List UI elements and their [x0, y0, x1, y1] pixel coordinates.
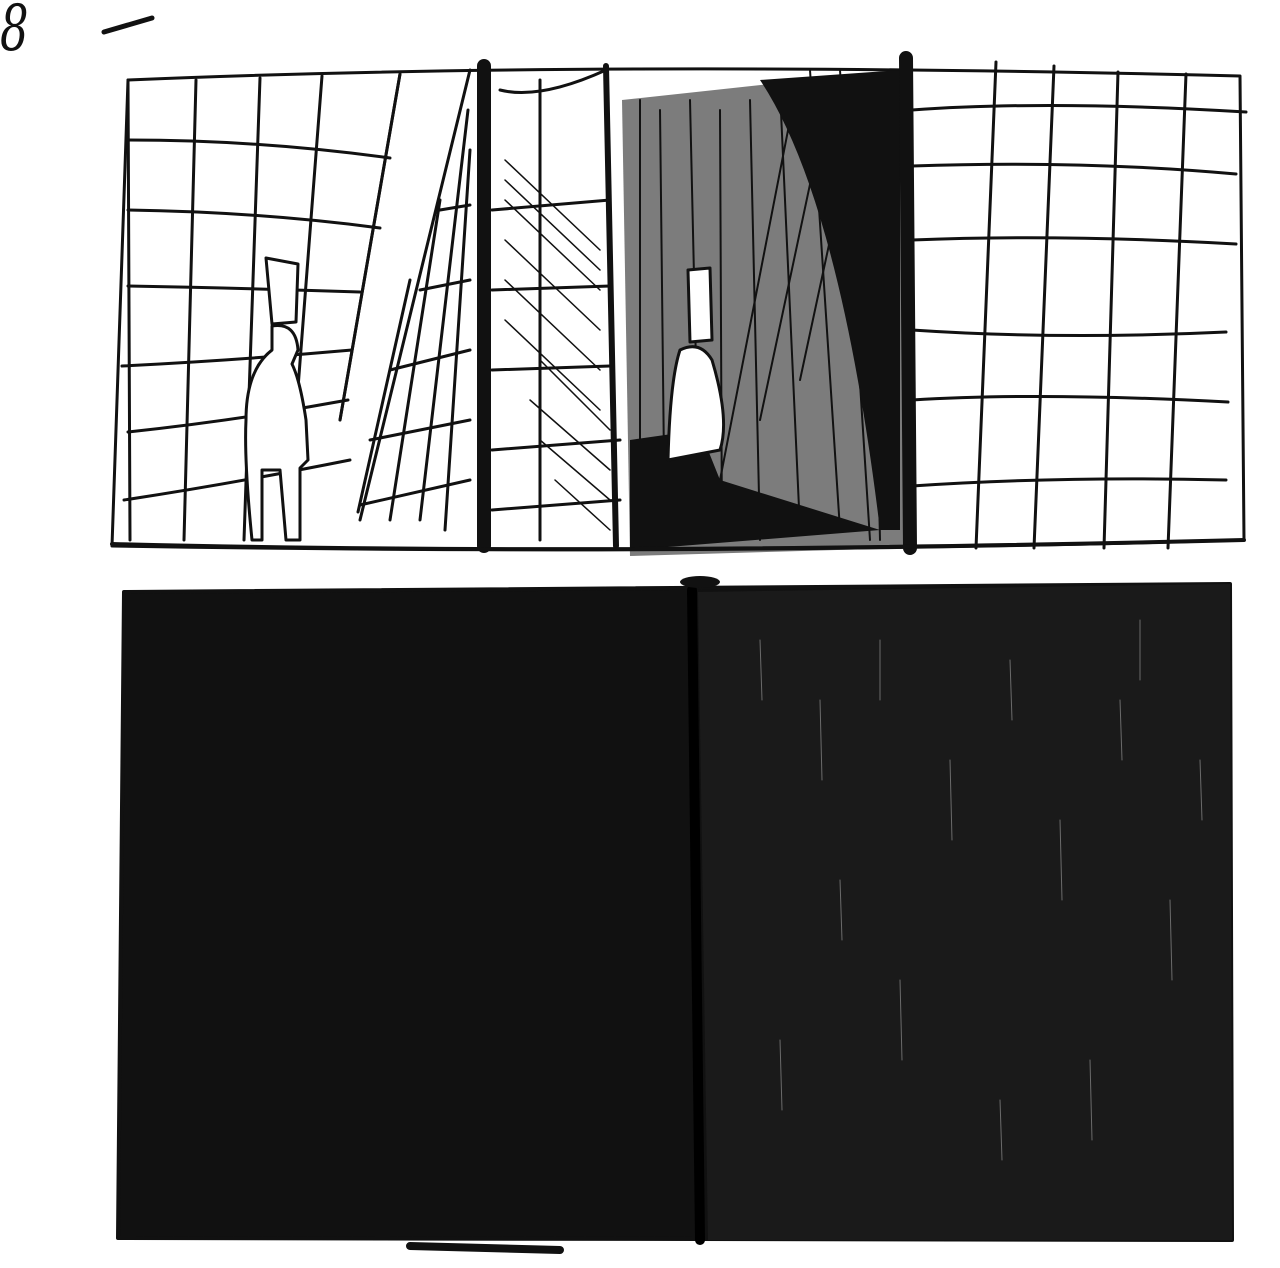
figure-hat-back	[688, 268, 712, 342]
dark-doorway	[622, 70, 906, 556]
hatched-wall	[492, 66, 620, 546]
pillar-right	[906, 58, 910, 548]
sketch-canvas	[0, 0, 1280, 1268]
diagonal-beam	[340, 70, 470, 530]
bottom-panel	[118, 576, 1232, 1250]
dash-mark	[104, 18, 152, 32]
figure-chef-front	[246, 258, 308, 540]
right-tile-wall	[912, 62, 1246, 548]
diagonal-hatching	[505, 160, 610, 530]
top-panel	[112, 58, 1246, 556]
